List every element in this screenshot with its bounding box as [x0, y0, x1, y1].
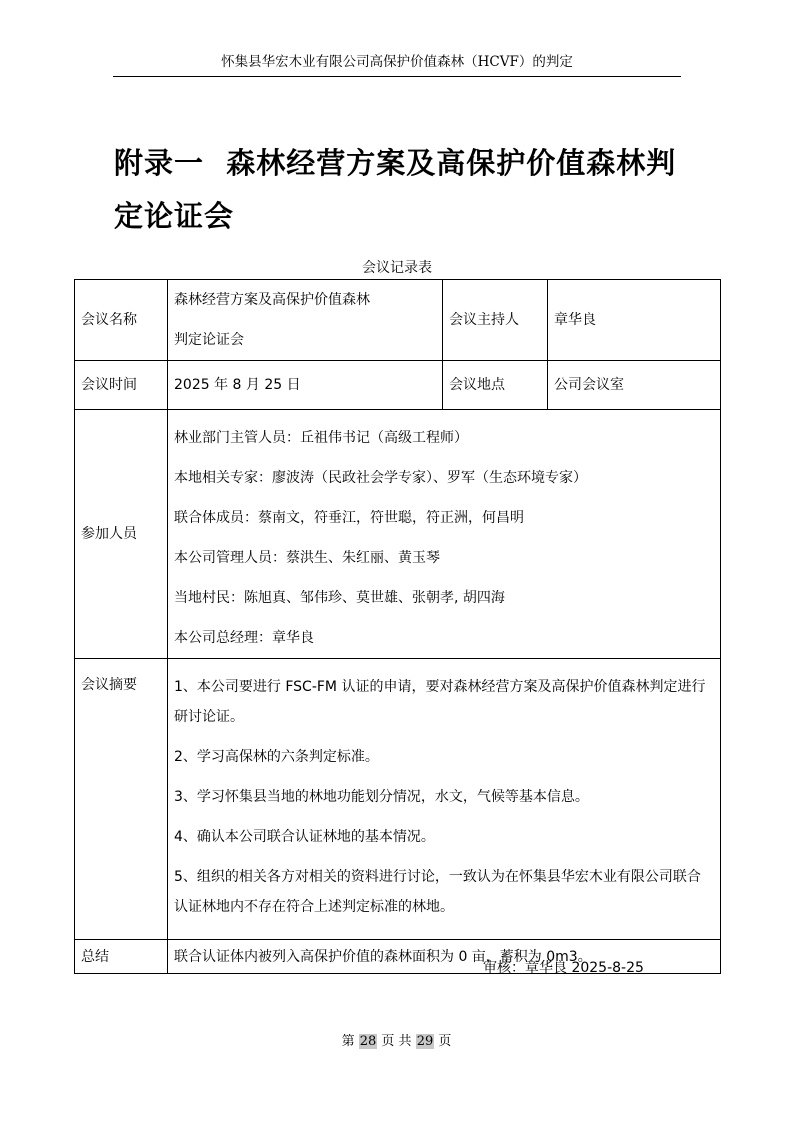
- meeting-name-label: 会议名称: [75, 280, 168, 361]
- table-row-participants: 参加人员 林业部门主管人员：丘祖伟书记（高级工程师） 本地相关专家：廖波涛（民政…: [75, 410, 721, 659]
- summary-item: 3、学习怀集县当地的林地功能划分情况，水文，气候等基本信息。: [174, 782, 714, 812]
- summary-list: 1、本公司要进行 FSC-FM 认证的申请，要对森林经营方案及高保护价值森林判定…: [168, 659, 721, 940]
- participant-line: 本公司管理人员：蔡洪生、朱红丽、黄玉琴: [174, 538, 714, 578]
- meeting-time-label: 会议时间: [75, 361, 168, 410]
- summary-item: 5、组织的相关各方对相关的资料进行讨论，一致认为在怀集县华宏木业有限公司联合认证…: [174, 862, 714, 922]
- page-footer: 第 28 页 共 29 页: [0, 1033, 793, 1051]
- table-caption: 会议记录表: [74, 258, 720, 278]
- participant-line: 当地村民：陈旭真、邹伟珍、莫世雄、张朝孝, 胡四海: [174, 578, 714, 618]
- meeting-name-value-line-2: 判定论证会: [174, 320, 436, 360]
- participant-line: 本地相关专家：廖波涛（民政社会学专家）、罗军（生态环境专家）: [174, 458, 714, 498]
- footer-prefix: 第: [342, 1034, 355, 1049]
- running-header: 怀集县华宏木业有限公司高保护价值森林（HCVF）的判定: [113, 52, 681, 72]
- footer-suffix: 页: [438, 1034, 451, 1049]
- host-label: 会议主持人: [443, 280, 548, 361]
- review-signature: 审核：章华良 2025-8-25: [483, 958, 644, 978]
- summary-item: 4、确认本公司联合认证林地的基本情况。: [174, 822, 714, 852]
- current-page-number: 28: [359, 1034, 378, 1049]
- total-page-number: 29: [416, 1034, 435, 1049]
- summary-item: 2、学习高保林的六条判定标准。: [174, 742, 714, 772]
- participants-list: 林业部门主管人员：丘祖伟书记（高级工程师） 本地相关专家：廖波涛（民政社会学专家…: [168, 410, 721, 659]
- meeting-name-value-line-1: 森林经营方案及高保护价值森林: [174, 280, 436, 320]
- summary-label: 会议摘要: [75, 659, 168, 940]
- summary-item: 1、本公司要进行 FSC-FM 认证的申请，要对森林经营方案及高保护价值森林判定…: [174, 672, 714, 732]
- meeting-name-value: 森林经营方案及高保护价值森林 判定论证会: [168, 280, 443, 361]
- page-title: 附录一 森林经营方案及高保护价值森林判 定论证会: [114, 137, 694, 243]
- meeting-time-value: 2025 年 8 月 25 日: [168, 361, 443, 410]
- header-divider: [113, 76, 681, 77]
- host-value: 章华良: [548, 280, 721, 361]
- participant-line: 本公司总经理：章华良: [174, 618, 714, 658]
- participants-label: 参加人员: [75, 410, 168, 659]
- location-value: 公司会议室: [548, 361, 721, 410]
- page-title-line-1: 附录一 森林经营方案及高保护价值森林判: [114, 137, 694, 190]
- conclusion-label: 总结: [75, 940, 168, 974]
- table-row-meeting-time: 会议时间 2025 年 8 月 25 日 会议地点 公司会议室: [75, 361, 721, 410]
- participant-line: 联合体成员：蔡南文，符垂江，符世聪，符正洲，何昌明: [174, 498, 714, 538]
- meeting-record-table: 会议名称 森林经营方案及高保护价值森林 判定论证会 会议主持人 章华良 会议时间…: [74, 279, 721, 974]
- page-title-line-2: 定论证会: [114, 190, 694, 243]
- location-label: 会议地点: [443, 361, 548, 410]
- participant-line: 林业部门主管人员：丘祖伟书记（高级工程师）: [174, 418, 714, 458]
- footer-middle: 页 共: [381, 1034, 411, 1049]
- table-row-summary: 会议摘要 1、本公司要进行 FSC-FM 认证的申请，要对森林经营方案及高保护价…: [75, 659, 721, 940]
- table-row-meeting-name: 会议名称 森林经营方案及高保护价值森林 判定论证会 会议主持人 章华良: [75, 280, 721, 361]
